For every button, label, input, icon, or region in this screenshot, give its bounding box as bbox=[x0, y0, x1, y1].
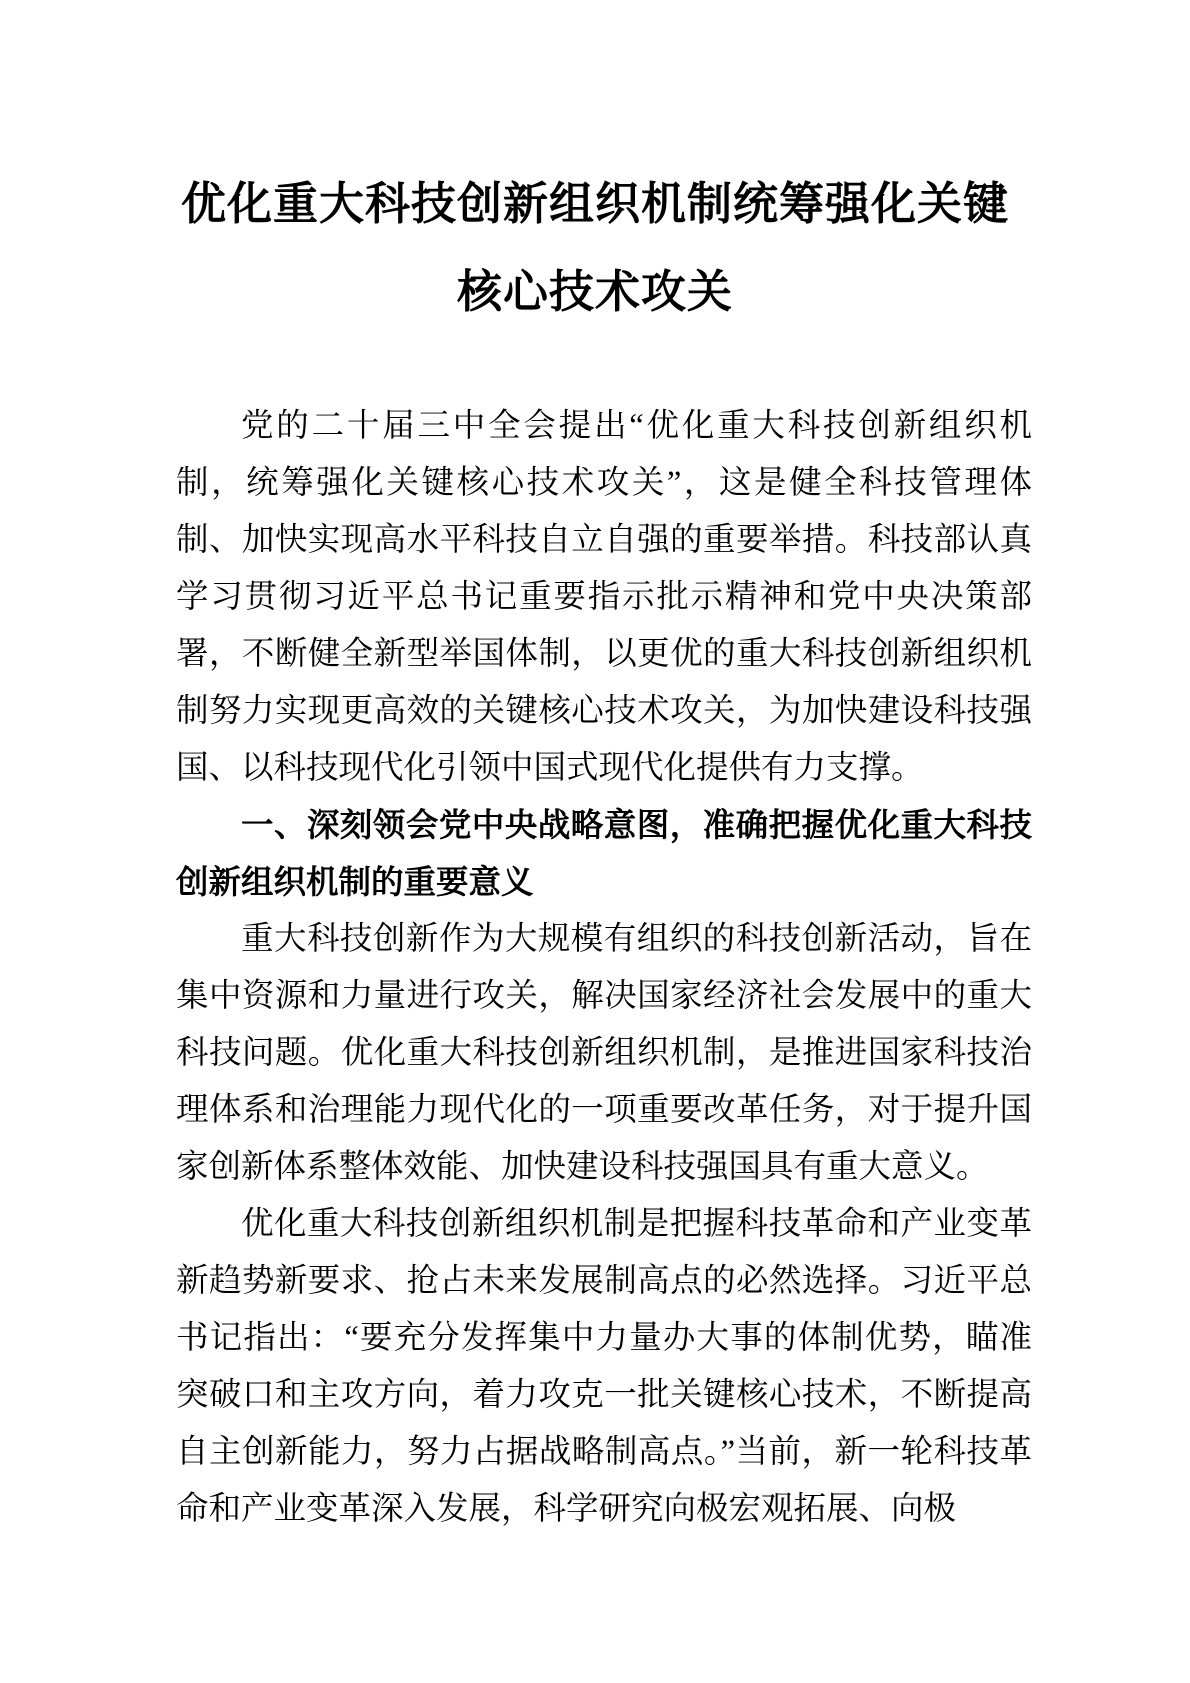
paragraph-intro: 党的二十届三中全会提出“优化重大科技创新组织机制，统筹强化关键核心技术攻关”，这… bbox=[176, 398, 1032, 797]
document-page: 优化重大科技创新组织机制统筹强化关键 核心技术攻关 党的二十届三中全会提出“优化… bbox=[0, 0, 1190, 1683]
section-1-paragraph-2: 优化重大科技创新组织机制是把握科技革命和产业变革新趋势新要求、抢占未来发展制高点… bbox=[176, 1196, 1032, 1538]
document-body: 党的二十届三中全会提出“优化重大科技创新组织机制，统筹强化关键核心技术攻关”，这… bbox=[176, 398, 1032, 1538]
section-1-paragraph-1: 重大科技创新作为大规模有组织的科技创新活动，旨在集中资源和力量进行攻关，解决国家… bbox=[176, 911, 1032, 1196]
document-title-line-2: 核心技术攻关 bbox=[0, 248, 1190, 336]
document-title: 优化重大科技创新组织机制统筹强化关键 核心技术攻关 bbox=[0, 0, 1190, 336]
section-heading-1: 一、深刻领会党中央战略意图，准确把握优化重大科技创新组织机制的重要意义 bbox=[176, 797, 1032, 911]
document-title-line-1: 优化重大科技创新组织机制统筹强化关键 bbox=[0, 160, 1190, 248]
